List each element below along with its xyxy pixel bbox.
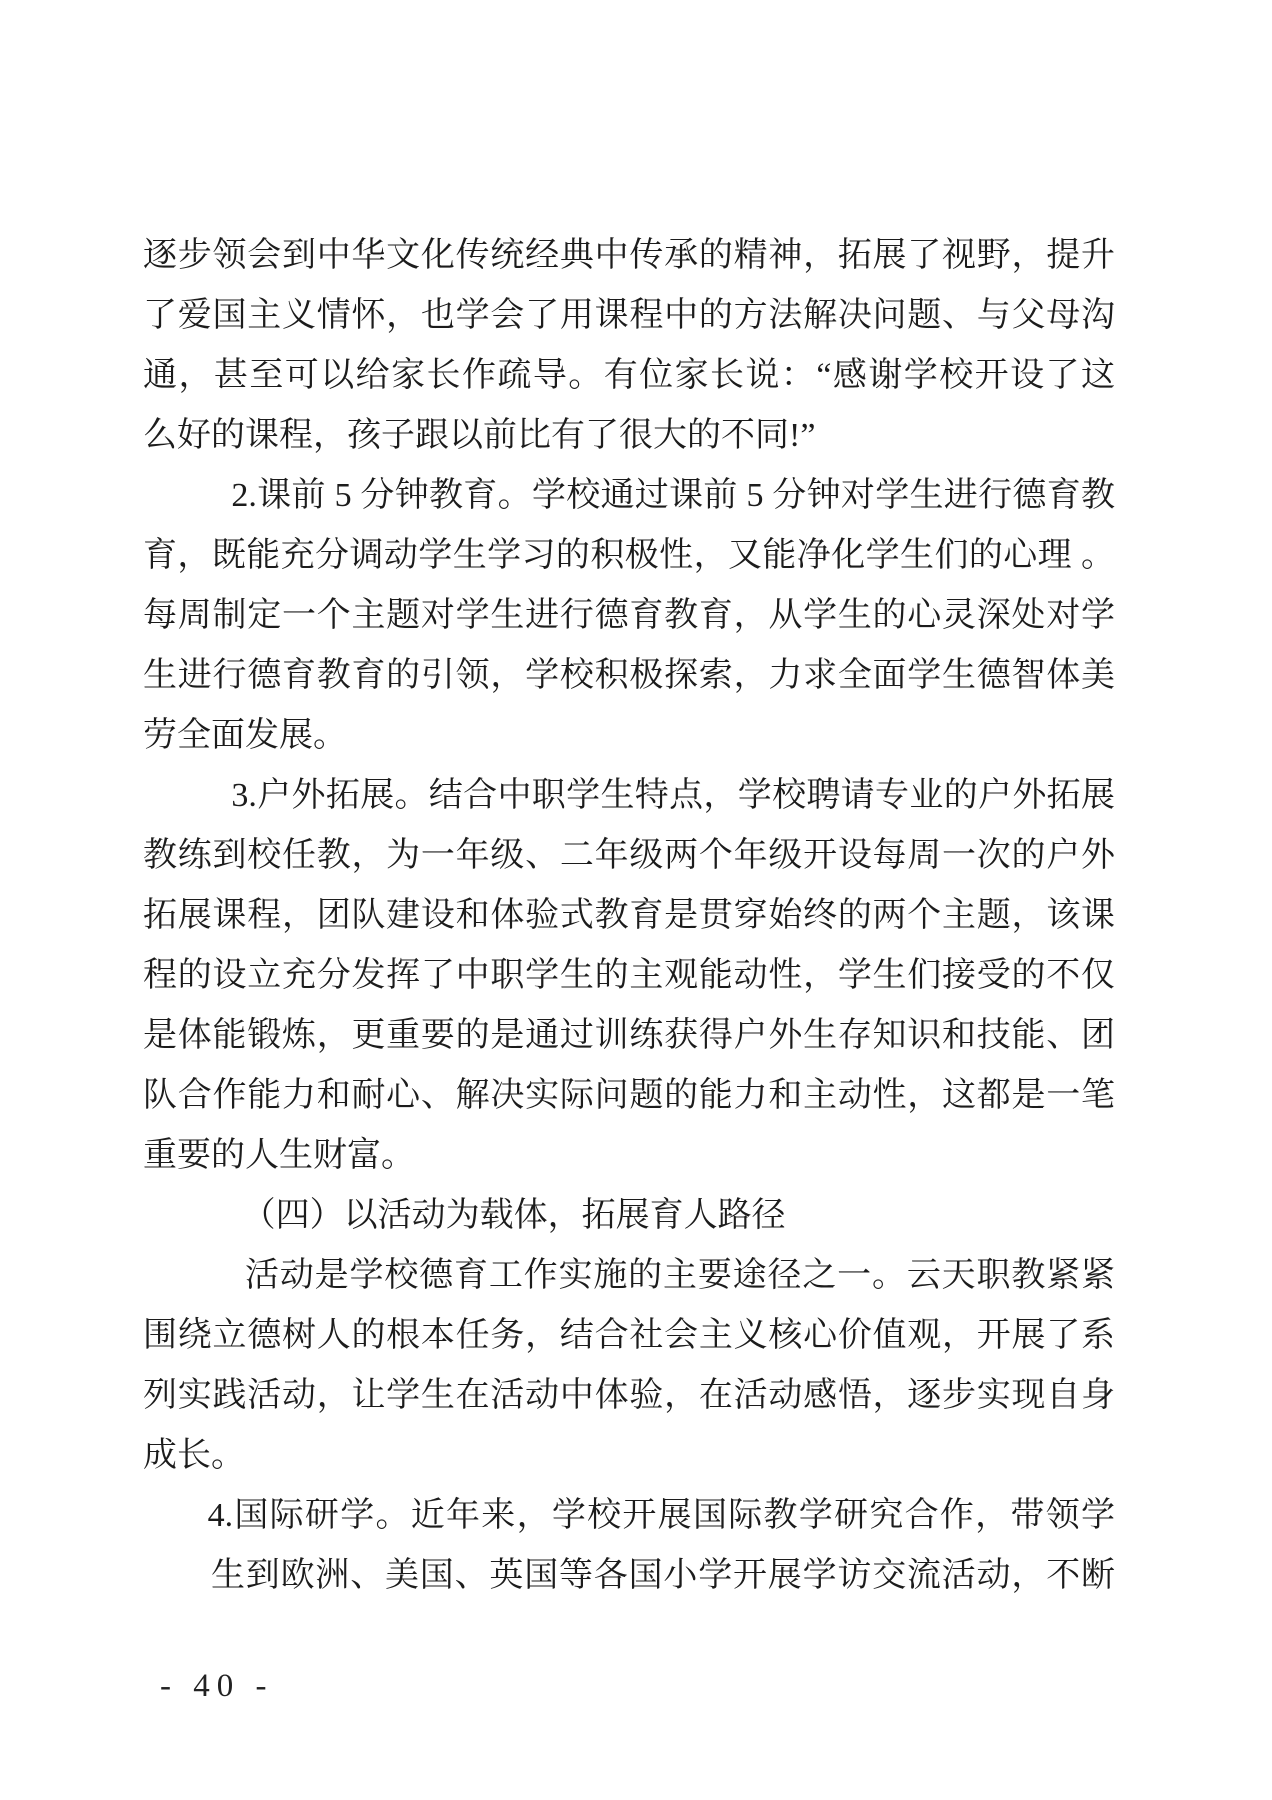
text-line: 成长。 — [143, 1426, 1115, 1486]
text-line: 么好的课程，孩子跟以前比有了很大的不同!” — [143, 406, 1115, 466]
text-block: 逐步领会到中华文化传统经典中传承的精神，拓展了视野，提升了爱国主义情怀，也学会了… — [143, 226, 1115, 1606]
text-line: 是体能锻炼，更重要的是通过训练获得户外生存知识和技能、团 — [143, 1006, 1115, 1066]
text-line: 程的设立充分发挥了中职学生的主观能动性，学生们接受的不仅 — [143, 946, 1115, 1006]
text-line: 生进行德育教育的引领，学校积极探索，力求全面学生德智体美 — [143, 646, 1115, 706]
text-line: 教练到校任教，为一年级、二年级两个年级开设每周一次的户外 — [143, 826, 1115, 886]
text-line: 4.国际研学。近年来，学校开展国际教学研究合作，带领学 — [143, 1486, 1115, 1546]
text-line: 每周制定一个主题对学生进行德育教育，从学生的心灵深处对学 — [143, 586, 1115, 646]
text-line: 育，既能充分调动学生学习的积极性，又能净化学生们的心理 。 — [143, 526, 1115, 586]
document-page: 逐步领会到中华文化传统经典中传承的精神，拓展了视野，提升了爱国主义情怀，也学会了… — [0, 0, 1272, 1800]
text-line: 围绕立德树人的根本任务，结合社会主义核心价值观，开展了系 — [143, 1306, 1115, 1366]
page-number: - 40 - — [160, 1668, 273, 1705]
text-line: 重要的人生财富。 — [143, 1126, 1115, 1186]
text-line: 拓展课程，团队建设和体验式教育是贯穿始终的两个主题，该课 — [143, 886, 1115, 946]
text-line: 生到欧洲、美国、英国等各国小学开展学访交流活动，不断 — [143, 1546, 1115, 1606]
text-line: 3.户外拓展。结合中职学生特点，学校聘请专业的户外拓展 — [143, 766, 1115, 826]
text-line: 队合作能力和耐心、解决实际问题的能力和主动性，这都是一笔 — [143, 1066, 1115, 1126]
text-line: （四）以活动为载体，拓展育人路径 — [143, 1186, 1115, 1246]
text-line: 了爱国主义情怀，也学会了用课程中的方法解决问题、与父母沟 — [143, 286, 1115, 346]
text-line: 逐步领会到中华文化传统经典中传承的精神，拓展了视野，提升 — [143, 226, 1115, 286]
text-line: 2.课前 5 分钟教育。学校通过课前 5 分钟对学生进行德育教 — [143, 466, 1115, 526]
text-line: 劳全面发展。 — [143, 706, 1115, 766]
text-line: 列实践活动，让学生在活动中体验，在活动感悟，逐步实现自身 — [143, 1366, 1115, 1426]
text-line: 通，甚至可以给家长作疏导。有位家长说：“感谢学校开设了这 — [143, 346, 1115, 406]
text-line: 活动是学校德育工作实施的主要途径之一。云天职教紧紧 — [143, 1246, 1115, 1306]
